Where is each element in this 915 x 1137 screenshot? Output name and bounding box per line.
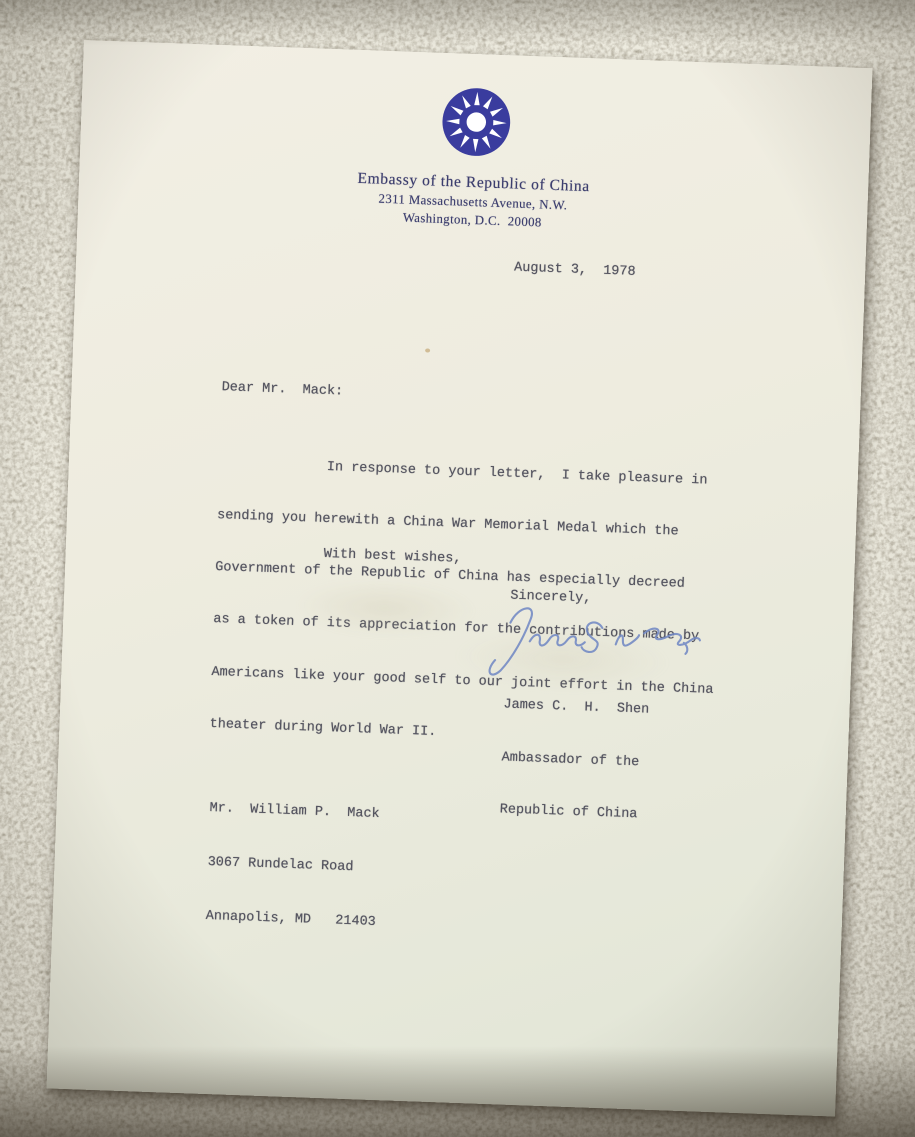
letterhead: Embassy of the Republic of China 2311 Ma… <box>78 160 868 242</box>
recipient-address-block: Mr. William P. Mack 3067 Rundelac Road A… <box>204 764 381 968</box>
date-line: August 3, 1978 <box>514 261 636 280</box>
signer-title-line1: Ambassador of the <box>501 749 647 772</box>
signer-name: James C. H. Shen <box>503 696 649 719</box>
body-line: sending you herewith a China War Memoria… <box>217 507 729 543</box>
salutation: Dear Mr. Mack: <box>221 380 343 399</box>
signature-block: James C. H. Shen Ambassador of the Repub… <box>498 661 651 859</box>
roc-sun-emblem-icon <box>439 85 514 160</box>
recipient-name: Mr. William P. Mack <box>209 800 380 824</box>
signer-title-line2: Republic of China <box>499 801 645 824</box>
recipient-street: 3067 Rundelac Road <box>207 854 378 878</box>
letter-page: Embassy of the Republic of China 2311 Ma… <box>46 40 872 1117</box>
recipient-city: Annapolis, MD 21403 <box>205 908 376 932</box>
body-line: In response to your letter, I take pleas… <box>219 455 731 491</box>
paper-speck <box>425 348 430 352</box>
